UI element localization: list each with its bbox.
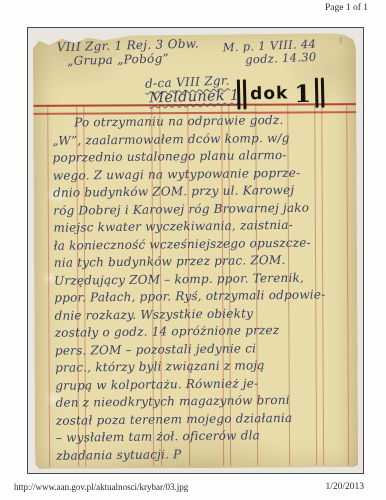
stamp-number: 1 [294, 78, 311, 107]
pencil-corner-mark: ‖ [339, 35, 342, 45]
printed-page: Page 1 of 1 VIII Zgr. 1 Rej. 3 Obw. „Gru… [0, 0, 386, 500]
stamp-label: dok [250, 83, 289, 104]
print-page-count: Page 1 of 1 [325, 3, 368, 13]
manuscript-line: zbadania sytuacji. P [56, 444, 356, 465]
place-and-date: M. p. 1 VIII. 44 godz. 14.30 [222, 38, 316, 68]
red-column-ruling [33, 107, 36, 467]
unit-designation: VIII Zgr. 1 Rej. 3 Obw. „Grupa „Pobóg” [57, 36, 200, 68]
stamp-bars-left [237, 79, 247, 109]
manuscript-body: Po otrzymaniu na odprawie godz. „W”, zaa… [52, 111, 356, 465]
scanned-document-image: VIII Zgr. 1 Rej. 3 Obw. „Grupa „Pobóg” M… [27, 27, 364, 474]
unit-line-2: „Grupa „Pobóg” [57, 50, 200, 68]
stamp-bars-right [315, 78, 325, 108]
manuscript-line: ła konieczność wcześniejszego opuszcze- [54, 234, 354, 255]
manuscript-line: ppor. Pałach, ppor. Ryś, otrzymali odpow… [54, 286, 354, 307]
document-title: Meldunek 1 [149, 88, 240, 107]
ledger-paper: VIII Zgr. 1 Rej. 3 Obw. „Grupa „Pobóg” M… [33, 33, 358, 469]
dok-annotation: dok 1 [237, 77, 325, 111]
print-date: 1/20/2013 [325, 482, 364, 492]
source-url: http://www.aan.gov.pl/aktualnosci/krybar… [14, 482, 188, 492]
manuscript-line: róg Dobrej i Karowej róg Browarnej jako [53, 199, 353, 220]
